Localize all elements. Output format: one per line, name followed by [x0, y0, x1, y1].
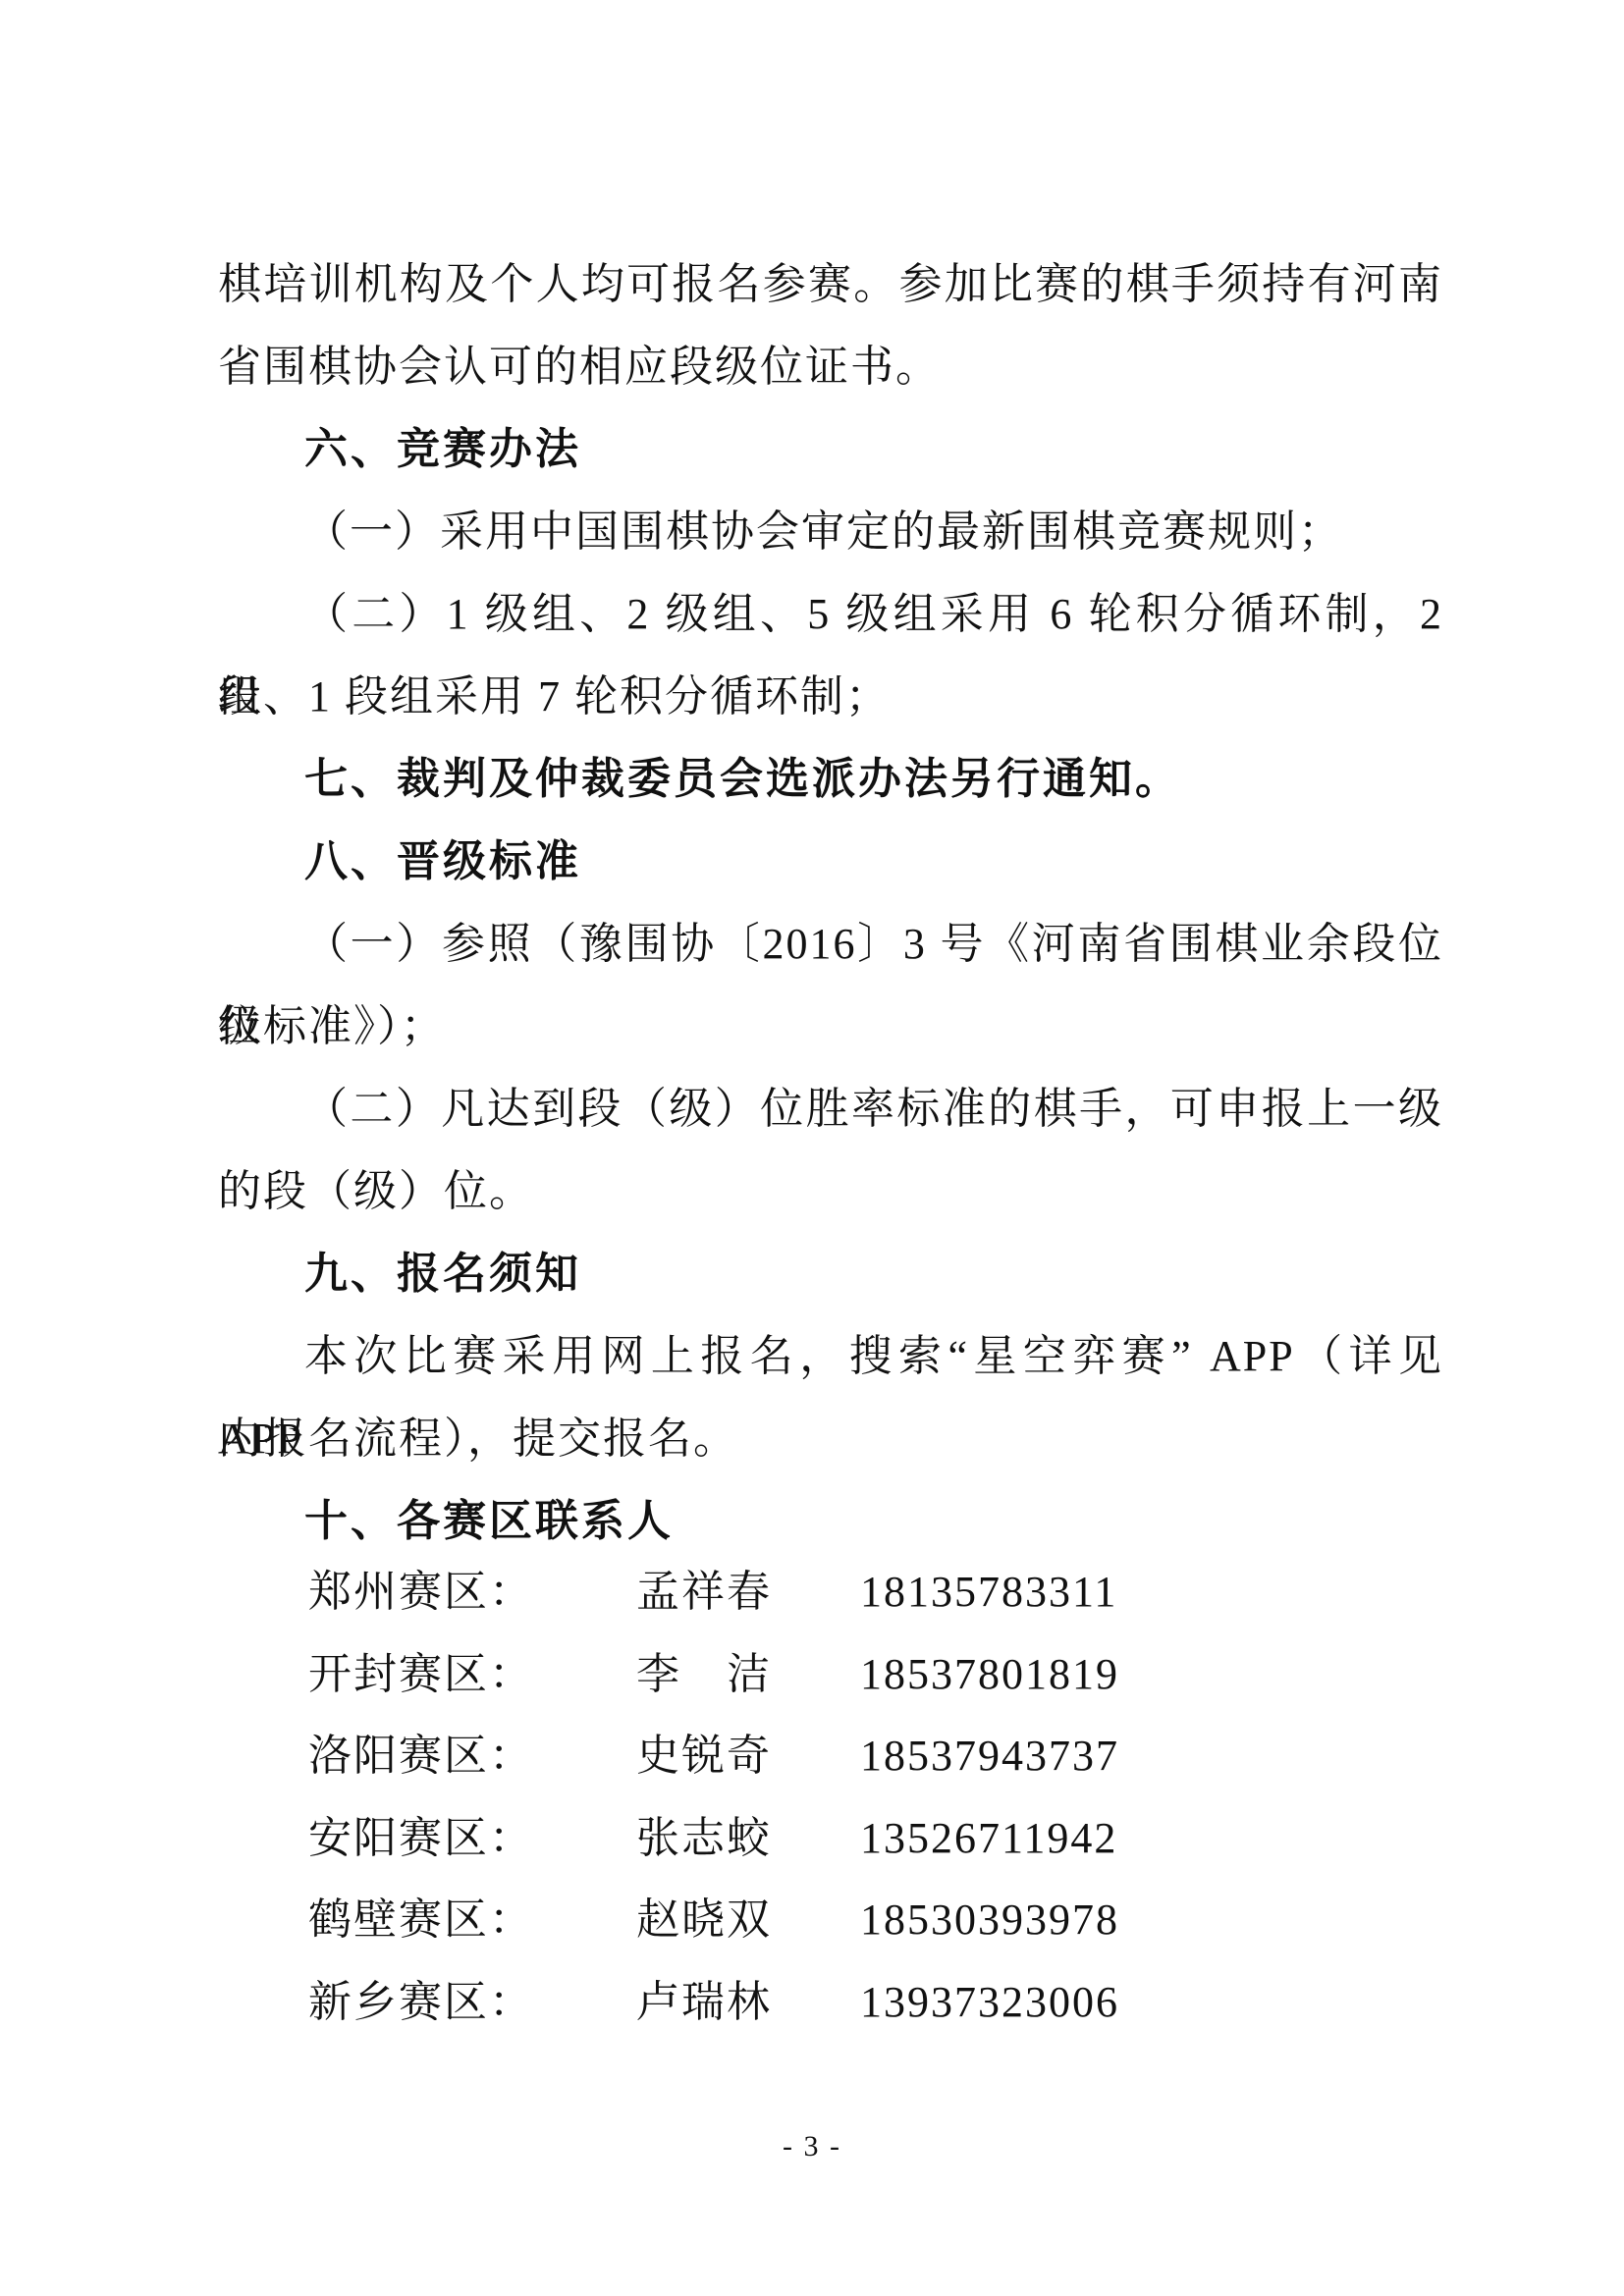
body-line: （一）采用中国围棋协会审定的最新围棋竞赛规则；	[218, 491, 1443, 573]
body-line: 省围棋协会认可的相应段级位证书。	[218, 326, 1443, 408]
section-heading: 六、竞赛办法	[218, 408, 1443, 491]
contact-region: 开封赛区：	[308, 1633, 636, 1716]
contact-phone: 13937323006	[860, 1961, 1119, 2044]
document-page: 棋培训机构及个人均可报名参赛。参加比赛的棋手须持有河南 省围棋协会认可的相应段级…	[0, 0, 1624, 2296]
section-heading: 七、裁判及仲裁委员会选派办法另行通知。	[218, 738, 1443, 821]
contact-row: 洛阳赛区：史锐奇18537943737	[218, 1715, 1443, 1797]
contact-list: 郑州赛区：孟祥春18135783311 开封赛区：李 洁18537801819 …	[218, 1551, 1443, 2043]
contact-region: 安阳赛区：	[308, 1797, 636, 1880]
body-line: （二）凡达到段（级）位胜率标准的棋手，可申报上一级	[218, 1068, 1443, 1150]
contact-row: 郑州赛区：孟祥春18135783311	[218, 1551, 1443, 1633]
contact-name: 张志蛟	[636, 1797, 860, 1880]
contact-row: 新乡赛区：卢瑞林13937323006	[218, 1961, 1443, 2044]
page-number: - 3 -	[0, 2130, 1624, 2163]
section-heading: 九、报名须知	[218, 1233, 1443, 1315]
contact-region: 郑州赛区：	[308, 1551, 636, 1633]
contact-phone: 18135783311	[860, 1551, 1117, 1633]
document-body: 棋培训机构及个人均可报名参赛。参加比赛的棋手须持有河南 省围棋协会认可的相应段级…	[218, 243, 1443, 1563]
contact-phone: 18537943737	[860, 1715, 1119, 1797]
body-line: 组、1 段组采用 7 轮积分循环制；	[218, 656, 1443, 738]
contact-row: 安阳赛区：张志蛟13526711942	[218, 1797, 1443, 1880]
contact-row: 鹤壁赛区：赵晓双18530393978	[218, 1879, 1443, 1961]
contact-phone: 13526711942	[860, 1797, 1117, 1880]
contact-name: 史锐奇	[636, 1715, 860, 1797]
body-line: （一）参照（豫围协〔2016〕3 号《河南省围棋业余段位级	[218, 903, 1443, 986]
contact-phone: 18530393978	[860, 1879, 1119, 1961]
body-line: 位标准》）；	[218, 986, 1443, 1068]
body-line: 内报名流程），提交报名。	[218, 1398, 1443, 1480]
contact-phone: 18537801819	[860, 1633, 1119, 1716]
contact-region: 新乡赛区：	[308, 1961, 636, 2044]
contact-name: 李 洁	[636, 1633, 860, 1716]
section-heading: 八、晋级标准	[218, 821, 1443, 903]
contact-name: 孟祥春	[636, 1551, 860, 1633]
body-line: 的段（级）位。	[218, 1150, 1443, 1233]
contact-row: 开封赛区：李 洁18537801819	[218, 1633, 1443, 1716]
contact-name: 赵晓双	[636, 1879, 860, 1961]
contact-region: 洛阳赛区：	[308, 1715, 636, 1797]
contact-region: 鹤壁赛区：	[308, 1879, 636, 1961]
body-line: 本次比赛采用网上报名，搜索“星空弈赛” APP（详见 APP	[218, 1315, 1443, 1398]
body-line: 棋培训机构及个人均可报名参赛。参加比赛的棋手须持有河南	[218, 243, 1443, 326]
body-line: （二）1 级组、2 级组、5 级组采用 6 轮积分循环制，2 段	[218, 573, 1443, 656]
contact-name: 卢瑞林	[636, 1961, 860, 2044]
